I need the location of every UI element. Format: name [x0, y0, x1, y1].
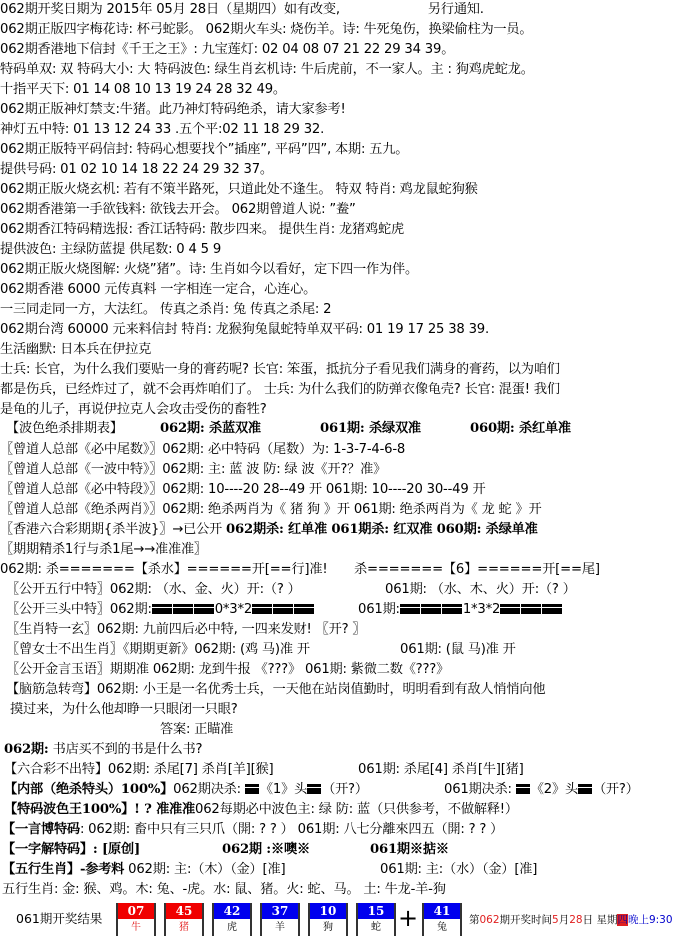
- ball-5: 10狗: [308, 903, 348, 936]
- five-elements-061: 061期: 主:（水）（金）[准]: [380, 860, 537, 880]
- kill-table-line: 【波色绝杀排期表】 062期: 杀蓝双准 061期: 杀绿双准 060期: 杀红…: [0, 419, 123, 439]
- ball-zodiac: 蛇: [358, 919, 394, 936]
- ball-4: 37羊: [260, 903, 300, 936]
- ball-3: 42虎: [212, 903, 252, 936]
- next-draw-text: 第: [469, 914, 480, 926]
- humor-line-3: 是龟的儿子，再说伊拉克人会攻击受伤的畜牲?: [0, 400, 267, 420]
- one-char-source: : [原创]: [93, 842, 140, 857]
- bars-icon: [152, 600, 215, 620]
- public-five-062: 〖公开五行中特〗062期: （水、金、火）开:（? ）: [6, 582, 301, 597]
- kill-row-right: 杀=======【6】======开[==尾]: [354, 560, 600, 580]
- lhc-no-special-line: 【六合彩不出特】062期: 杀尾[7] 杀肖[羊][猴] 061期: 杀尾[4]…: [4, 760, 273, 780]
- next-draw-text: 月: [559, 914, 570, 926]
- row-tail-line: 〖期期精杀1行与杀1尾→→准准准〗: [0, 540, 207, 560]
- bars-icon: [307, 784, 321, 794]
- riddle-line-1: 【脑筋急转弯】062期: 小王是一名优秀士兵，一天他在站岗值勤时，明明看到有敌人…: [6, 680, 545, 700]
- envelope-line: 062期香港地下信封《千王之王》: 九宝莲灯: 02 04 08 07 21 2…: [0, 40, 454, 60]
- draw-results-bar: 061期开奖结果 07牛 45猪 42虎 37羊 10狗 15蛇 + 41兔 第…: [0, 900, 688, 937]
- ball-zodiac: 虎: [214, 919, 250, 936]
- bars-icon: [400, 600, 463, 620]
- fax-kill-line: 一三同走同一方，大法红。 传真之杀肖: 兔 传真之杀尾: 2: [0, 300, 331, 320]
- zeng-tail-line: 〖曾道人总部《必中尾数》〗062期: 必中特码（尾数）为: 1-3-7-4-6-…: [0, 440, 405, 460]
- ball-zodiac: 猪: [166, 919, 202, 936]
- ms-zeng-062: 〖曾女士不出生肖〗《期期更新》062期: (鸡 马)准 开: [6, 642, 310, 657]
- lamp-ban-line: 062期正版神灯禁支:牛猪。此乃神灯特码绝杀，请大家参考!: [0, 100, 346, 120]
- special-envelope-line: 062期正版特平码信封: 特码心想要找个”插座”, 平码”四”, 本期: 五九。: [0, 140, 408, 160]
- inner-kill-061-end: （开?）: [593, 782, 639, 797]
- zeng-segment-line: 〖曾道人总部《必中特段》〗062期: 10----20 28--49 开 061…: [0, 480, 486, 500]
- inner-kill-title: 【内部（绝杀特头）100%】: [4, 782, 173, 797]
- book-question-period: 062期:: [4, 742, 49, 757]
- inner-kill-line: 【内部（绝杀特头）100%】062期决杀: 《1》头（开?） 061期决杀: 《…: [4, 780, 368, 800]
- hk-half-wave-line: 〖香港六合彩期期{杀半波}〗→已公开 062期杀: 红单准 061期杀: 红双准…: [0, 520, 538, 540]
- next-draw-time: 晚上9:30: [628, 914, 673, 926]
- zeng-kill-zodiac-line: 〖曾道人总部《绝杀两肖》〗062期: 绝杀两肖为《 猪 狗 》开 061期: 绝…: [0, 500, 542, 520]
- bars-icon: [516, 784, 530, 794]
- next-draw-info: 第062期开奖时间5月28日 星期四晚上9:30: [469, 912, 673, 927]
- hk-half-wave-prefix: 〖香港六合彩期期{杀半波}〗→已公开: [0, 522, 226, 537]
- plum-poem-line: 062期正版四字梅花诗: 杯弓蛇影。 062期火车头: 烧伤羊。诗: 牛死兔伤，…: [0, 20, 532, 40]
- inner-kill-062-value: 《1》头: [260, 782, 307, 797]
- notice-text: 另行通知.: [428, 2, 484, 17]
- kill-row-left: 062期: 杀=======【杀水】======开[==行]准!: [0, 562, 327, 577]
- wave-king-title: 【特码波色王100%】! ? 准准准: [4, 802, 195, 817]
- ball-number: 07: [118, 903, 154, 919]
- three-heads-061-value: 1*3*2: [463, 602, 500, 617]
- ball-number: 42: [214, 903, 250, 919]
- lhc-no-special-062: 【六合彩不出特】062期: 杀尾[7] 杀肖[羊][猴]: [4, 762, 273, 777]
- five-elements-062: 062期: 主:（木）（金）[准]: [124, 862, 285, 877]
- ball-number: 45: [166, 903, 202, 919]
- fire-mystery-line: 062期正版火烧玄机: 若有不策半路死，只道此处不逢生。 特双 特肖: 鸡龙鼠蛇…: [0, 180, 478, 200]
- zeng-wave-line: 〖曾道人总部《一波中特》〗062期: 主: 蓝 波 防: 绿 波《开?？准》: [0, 460, 386, 480]
- draw-date-text: 062期开奖日期为 2015年 05月 28日（星期四）如有改变,: [0, 2, 340, 17]
- bars-icon: [500, 600, 563, 620]
- ball-6: 15蛇: [356, 903, 396, 936]
- wave-king-text: 062每期必中波色主: 绿 防: 蓝（只供参考，不做解释!）: [195, 802, 518, 817]
- public-five-061: 061期: （水、木、火）开:（? ）: [385, 580, 576, 600]
- bars-icon: [578, 784, 592, 794]
- next-draw-text: 期开奖时间: [500, 914, 553, 926]
- one-word-text: : 062期: 畜中只有三只爪（開: ? ? ） 061期: 八七分離來四五（開…: [80, 822, 503, 837]
- lhc-no-special-061: 061期: 杀尾[4] 杀肖[牛][猪]: [358, 760, 524, 780]
- wave-color-line: 提供波色: 主绿防蓝提 供尾数: 0 4 5 9: [0, 240, 221, 260]
- next-draw-weekday: 四: [617, 914, 628, 926]
- fire-picture-line: 062期正版火烧图解: 火烧”猪”。诗: 生肖如今以看好，定下四一作为伴。: [0, 260, 418, 280]
- wave-king-line: 【特码波色王100%】! ? 准准准062每期必中波色主: 绿 防: 蓝（只供参…: [4, 800, 518, 820]
- ball-zodiac: 牛: [118, 919, 154, 936]
- hk-half-wave-bold: 062期杀: 红单准 061期杀: 红双准 060期: 杀绿单准: [226, 522, 538, 537]
- humor-title: 生活幽默: 日本兵在伊拉克: [0, 340, 151, 360]
- next-draw-month: 5: [552, 914, 559, 926]
- five-elements-ref: -参考料: [80, 862, 124, 877]
- book-question-line: 062期: 书店买不到的书是什么书?: [4, 740, 202, 760]
- kill-060: 060期: 杀红单准: [470, 419, 571, 439]
- next-draw-day: 28: [569, 914, 582, 926]
- five-elements-list: 五行生肖: 金: 猴、鸡。木: 兔、-虎。水: 鼠、猪。火: 蛇、马。 土: 牛…: [2, 880, 446, 900]
- kill-062: 062期: 杀蓝双准: [160, 419, 261, 439]
- ball-number: 41: [424, 903, 460, 919]
- numbers-line: 提供号码: 01 02 10 14 18 22 24 29 32 37。: [0, 160, 273, 180]
- golden-words-line: 〖公开金言玉语〗期期准 062期: 龙到牛报 《???》 061期: 紫微二数《…: [6, 660, 449, 680]
- ball-1: 07牛: [116, 903, 156, 936]
- inner-kill-061-label: 061期决杀:: [444, 782, 516, 797]
- odd-even-line: 特码单双: 双 特码大小: 大 特码波色: 绿生肖玄机诗: 牛后虎前，不一家人。…: [0, 60, 534, 80]
- five-elements-title: 【五行生肖】: [2, 862, 80, 877]
- riddle-answer: 答案: 正瞄准: [160, 720, 233, 740]
- bars-icon: [252, 600, 315, 620]
- ball-zodiac: 羊: [262, 919, 298, 936]
- inner-kill-062-end: （开?）: [322, 782, 368, 797]
- ball-number: 37: [262, 903, 298, 919]
- one-word-line: 【一言博特码: 062期: 畜中只有三只爪（開: ? ? ） 061期: 八七分…: [2, 820, 503, 840]
- special-ball: 41兔: [422, 903, 462, 936]
- next-draw-period: 062: [480, 914, 500, 926]
- ball-2: 45猪: [164, 903, 204, 936]
- ball-zodiac: 狗: [310, 919, 346, 936]
- public-five-elements: 〖公开五行中特〗062期: （水、金、火）开:（? ） 061期: （水、木、火…: [6, 580, 301, 600]
- xiangjiang-line: 062期香江特码精选报: 香江话特码: 散步四来。 提供生肖: 龙猪鸡蛇虎: [0, 220, 404, 240]
- hk-first-line: 062期香港第一手欲钱料: 欲钱去开会。 062期曾道人说: ”鲞”: [0, 200, 356, 220]
- bars-icon: [245, 784, 259, 794]
- draw-date-line: 062期开奖日期为 2015年 05月 28日（星期四）如有改变,另行通知.: [0, 0, 484, 20]
- three-heads-061-prefix: 061期:: [358, 602, 400, 617]
- zodiac-mystery-line: 〖生肖特一玄〗062期: 九前四后必中特, 一四来发财! 〖开? 〗: [6, 620, 365, 640]
- ms-zeng-line: 〖曾女士不出生肖〗《期期更新》062期: (鸡 马)准 开 061期: (鼠 马…: [6, 640, 310, 660]
- next-draw-text: 日 星期: [583, 914, 618, 926]
- kill-row-line: 062期: 杀=======【杀水】======开[==行]准! 杀======…: [0, 560, 327, 580]
- kill-061: 061期: 杀绿双准: [320, 419, 421, 439]
- ms-zeng-061: 061期: (鼠 马)准 开: [400, 640, 516, 660]
- riddle-line-2: 摸过来，为什么他却睁一只眼闭一只眼?: [10, 700, 238, 720]
- one-char-062: 062期 :※噢※: [222, 840, 310, 860]
- five-elements-line: 【五行生肖】-参考料 062期: 主:（木）（金）[准] 061期: 主:（水）…: [2, 860, 285, 880]
- kill-table-title: 【波色绝杀排期表】: [0, 421, 123, 436]
- ball-number: 15: [358, 903, 394, 919]
- results-label: 061期开奖结果: [16, 909, 102, 927]
- inner-kill-061-value: 《2》头: [531, 782, 578, 797]
- three-heads-062-prefix: 〖公开三头中特〗062期:: [6, 602, 152, 617]
- one-word-title: 【一言博特码: [2, 822, 80, 837]
- inner-kill-062-label: 062期决杀:: [173, 782, 245, 797]
- public-three-heads: 〖公开三头中特〗062期:0*3*2 061期:1*3*2: [6, 600, 315, 620]
- ball-zodiac: 兔: [424, 919, 460, 936]
- one-char-line: 【一字解特码】: [原创] 062期 :※噢※ 061期※掂※: [2, 840, 140, 860]
- lamp-five-line: 神灯五中特: 01 13 12 24 33 .五个平:02 11 18 29 3…: [0, 120, 324, 140]
- three-heads-062-value: 0*3*2: [215, 602, 252, 617]
- one-char-061: 061期※掂※: [370, 840, 449, 860]
- ten-fingers-line: 十指平天下: 01 14 08 10 13 19 24 28 32 49。: [0, 80, 286, 100]
- ball-number: 10: [310, 903, 346, 919]
- fax-6000-line: 062期香港 6000 元传真料 一字相连一定合，心连心。: [0, 280, 316, 300]
- plus-icon: +: [398, 905, 418, 931]
- humor-line-2: 都是伤兵，已经炸过了，就不会再炸咱们了。 士兵: 为什么我们的防弹衣像龟壳? 长…: [0, 380, 560, 400]
- taiwan-line: 062期台湾 60000 元来料信封 特肖: 龙猴狗兔鼠蛇特单双平码: 01 1…: [0, 320, 489, 340]
- one-char-title: 【一字解特码】: [2, 842, 93, 857]
- humor-line-1: 士兵: 长官，为什么我们要贴一身的膏药呢? 长官: 笨蛋，抵抗分子看见我们满身的…: [0, 360, 560, 380]
- book-question-text: 书店买不到的书是什么书?: [49, 742, 203, 757]
